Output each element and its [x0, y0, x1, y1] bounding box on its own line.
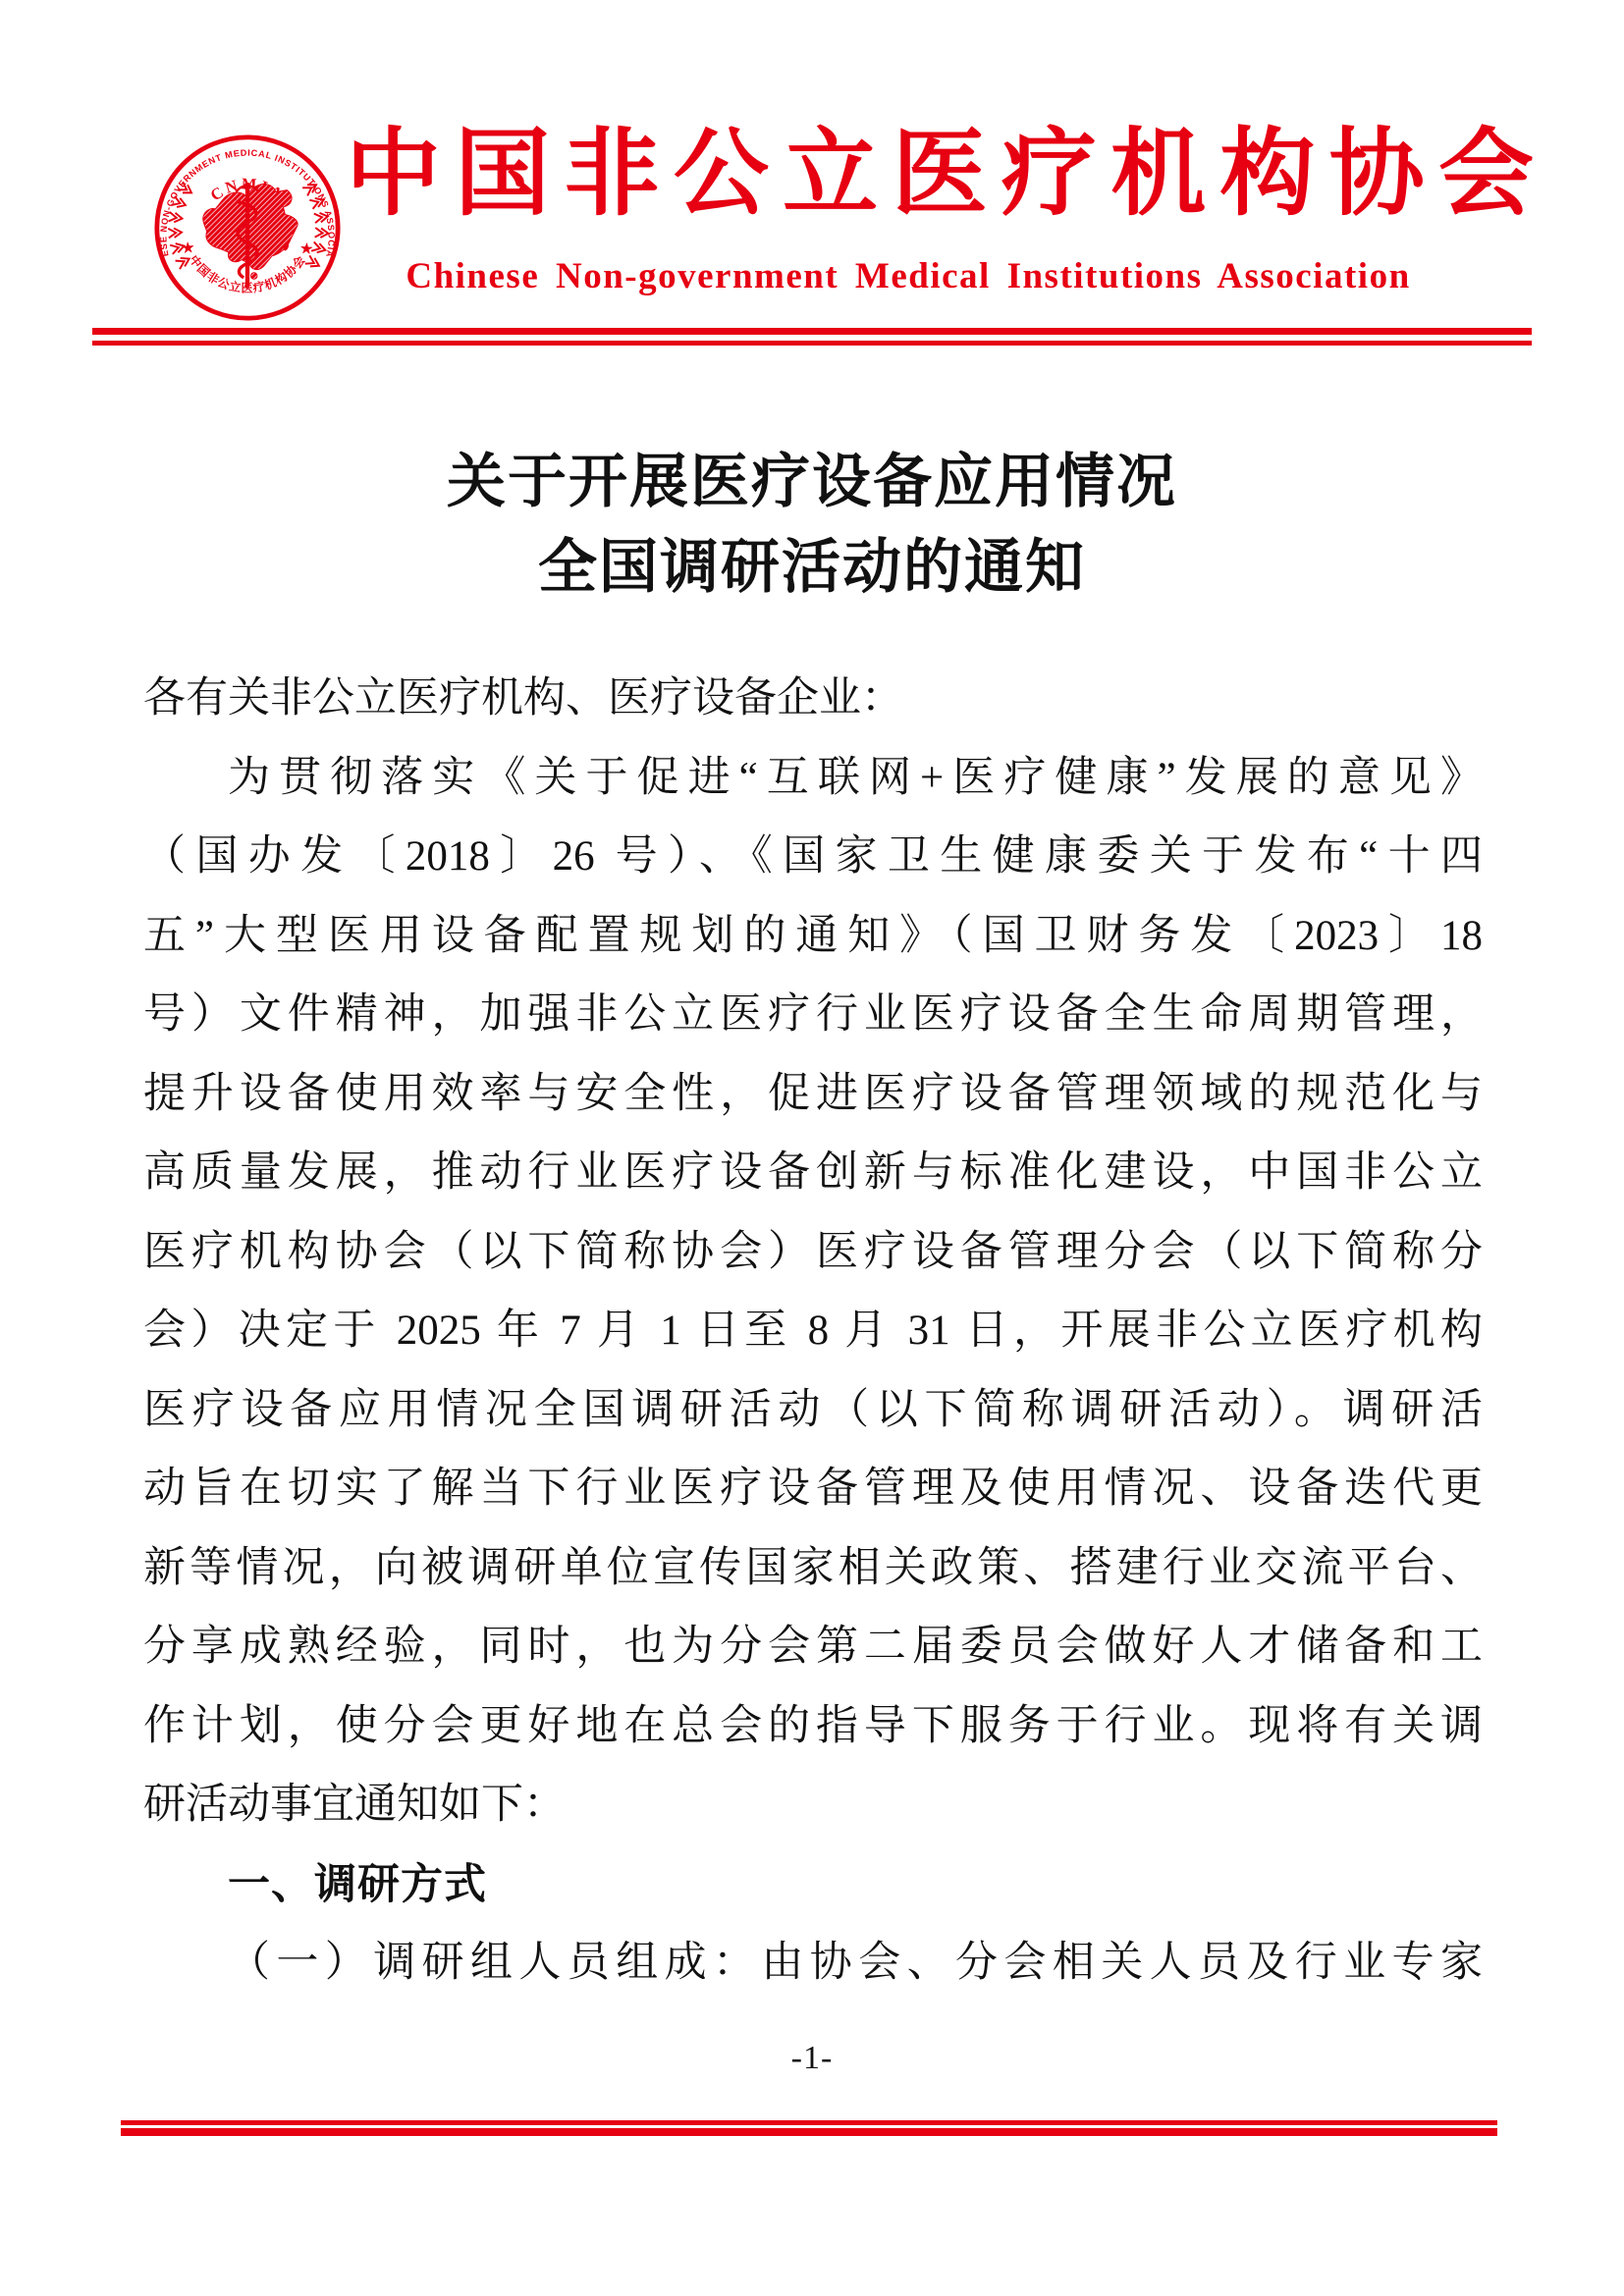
- document-title: 关于开展医疗设备应用情况 全国调研活动的通知: [0, 440, 1624, 611]
- body-line: 作计划，使分会更好地在总会的指导下服务于行业。现将有关调: [143, 1687, 1483, 1767]
- body-line: 号）文件精神，加强非公立医疗行业医疗设备全生命周期管理，: [143, 976, 1483, 1055]
- body-line: 提升设备使用效率与安全性，促进医疗设备管理领域的规范化与: [143, 1055, 1483, 1135]
- document-body: 各有关非公立医疗机构、医疗设备企业：为贯彻落实《关于促进“互联网+医疗健康”发展…: [143, 660, 1483, 2003]
- document-title-line1: 关于开展医疗设备应用情况: [0, 440, 1624, 525]
- document-title-line2: 全国调研活动的通知: [0, 525, 1624, 611]
- section-heading: 一、调研方式: [143, 1845, 1483, 1925]
- body-line: 会）决定于 2025 年 7 月 1 日至 8 月 31 日，开展非公立医疗机构: [143, 1292, 1483, 1371]
- header-divider-rule: [92, 328, 1532, 346]
- body-line: 新等情况，向被调研单位宣传国家相关政策、搭建行业交流平台、: [143, 1529, 1483, 1609]
- body-line: 医疗机构协会（以下简称协会）医疗设备管理分会（以下简称分: [143, 1213, 1483, 1293]
- body-line: 分享成熟经验，同时，也为分会第二届委员会做好人才储备和工: [143, 1608, 1483, 1687]
- body-line: 医疗设备应用情况全国调研活动（以下简称调研活动）。调研活: [143, 1371, 1483, 1451]
- body-line: 高质量发展，推动行业医疗设备创新与标准化建设，中国非公立: [143, 1134, 1483, 1213]
- footer-divider-rule: [121, 2120, 1497, 2136]
- body-line: （一）调研组人员组成：由协会、分会相关人员及行业专家: [143, 1924, 1483, 2003]
- document-page: CHINESE NON-GOVERNMENT MEDICAL INSTITUTI…: [0, 0, 1624, 2296]
- org-name-chinese: 中国非公立医疗机构协会: [346, 100, 1534, 249]
- body-line: （国办发〔2018〕26 号）、《国家卫生健康委关于发布“十四: [143, 818, 1483, 897]
- body-line: 五”大型医用设备配置规划的通知》（国卫财务发〔2023〕18: [143, 897, 1483, 977]
- body-line: 动旨在切实了解当下行业医疗设备管理及使用情况、设备迭代更: [143, 1450, 1483, 1529]
- page-number: -1-: [0, 2040, 1624, 2077]
- org-name-english: Chinese Non-government Medical Instituti…: [236, 255, 1581, 297]
- body-line: 研活动事宜通知如下：: [143, 1766, 1483, 1845]
- body-line: 各有关非公立医疗机构、医疗设备企业：: [143, 660, 1483, 739]
- body-line: 为贯彻落实《关于促进“互联网+医疗健康”发展的意见》: [143, 739, 1483, 819]
